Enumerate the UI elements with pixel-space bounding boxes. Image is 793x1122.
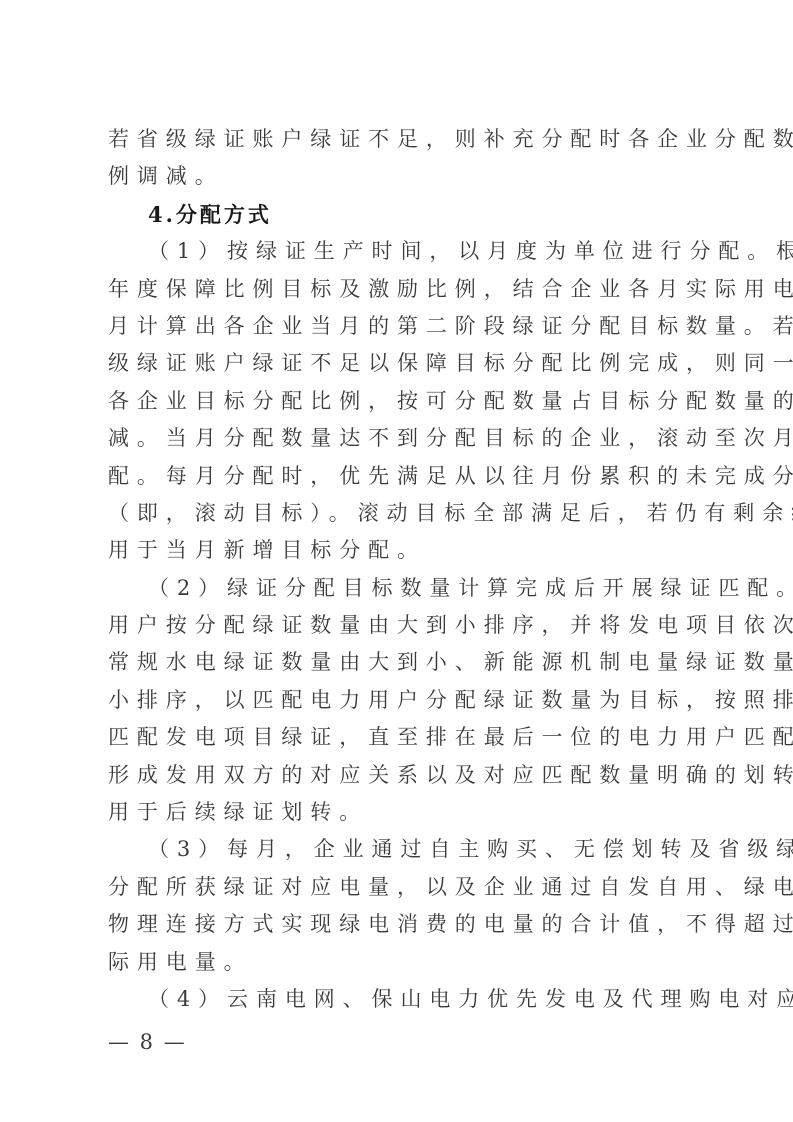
text-line: 减。当月分配数量达不到分配目标的企业，滚动至次月进行分 [108, 420, 688, 457]
section-heading: 4.分配方式 [108, 196, 688, 233]
text-line: 用户按分配绿证数量由大到小排序，并将发电项目依次按存量 [108, 607, 688, 644]
document-page: 若省级绿证账户绿证不足，则补充分配时各企业分配数量等比 例调减。 4.分配方式 … [108, 121, 688, 1018]
text-line: 各企业目标分配比例，按可分配数量占目标分配数量的比例调 [108, 383, 688, 420]
text-line: 形成发用双方的对应关系以及对应匹配数量明确的划转数据， [108, 757, 688, 794]
text-line: 匹配发电项目绿证，直至排在最后一位的电力用户匹配完成， [108, 719, 688, 756]
paragraph-2: （2）绿证分配目标数量计算完成后开展绿证匹配。将电力 用户按分配绿证数量由大到小… [108, 570, 688, 832]
text-line: （3）每月，企业通过自主购买、无偿划转及省级绿证账户 [108, 831, 688, 868]
text-line: （1）按绿证生产时间，以月度为单位进行分配。根据企业 [108, 233, 688, 270]
text-line: 例调减。 [108, 158, 688, 195]
text-line: 小排序，以匹配电力用户分配绿证数量为目标，按照排序依次 [108, 682, 688, 719]
paragraph-4: （4）云南电网、保山电力优先发电及代理购电对应绿证在 [108, 981, 688, 1018]
text-line: （4）云南电网、保山电力优先发电及代理购电对应绿证在 [108, 981, 688, 1018]
text-line: 级绿证账户绿证不足以保障目标分配比例完成，则同一序位内 [108, 345, 688, 382]
page-number: — 8 — [108, 1029, 187, 1055]
text-line: 常规水电绿证数量由大到小、新能源机制电量绿证数量由大到 [108, 644, 688, 681]
text-line: 配。每月分配时，优先满足从以往月份累积的未完成分配目标 [108, 458, 688, 495]
text-line: 分配所获绿证对应电量，以及企业通过自发自用、绿电直连等 [108, 869, 688, 906]
text-line: 际用电量。 [108, 944, 688, 981]
text-line: 用于后续绿证划转。 [108, 794, 688, 831]
paragraph-3: （3）每月，企业通过自主购买、无偿划转及省级绿证账户 分配所获绿证对应电量，以及… [108, 831, 688, 981]
text-line: （2）绿证分配目标数量计算完成后开展绿证匹配。将电力 [108, 570, 688, 607]
text-line: 若省级绿证账户绿证不足，则补充分配时各企业分配数量等比 [108, 121, 688, 158]
paragraph-1: （1）按绿证生产时间，以月度为单位进行分配。根据企业 年度保障比例目标及激励比例… [108, 233, 688, 570]
text-line: 月计算出各企业当月的第二阶段绿证分配目标数量。若当月省 [108, 308, 688, 345]
text-line: 物理连接方式实现绿电消费的电量的合计值，不得超过该月实 [108, 906, 688, 943]
text-line: （即，滚动目标）。滚动目标全部满足后，若仍有剩余绿证，再 [108, 495, 688, 532]
text-line: 用于当月新增目标分配。 [108, 532, 688, 569]
text-line: 年度保障比例目标及激励比例，结合企业各月实际用电量，逐 [108, 271, 688, 308]
